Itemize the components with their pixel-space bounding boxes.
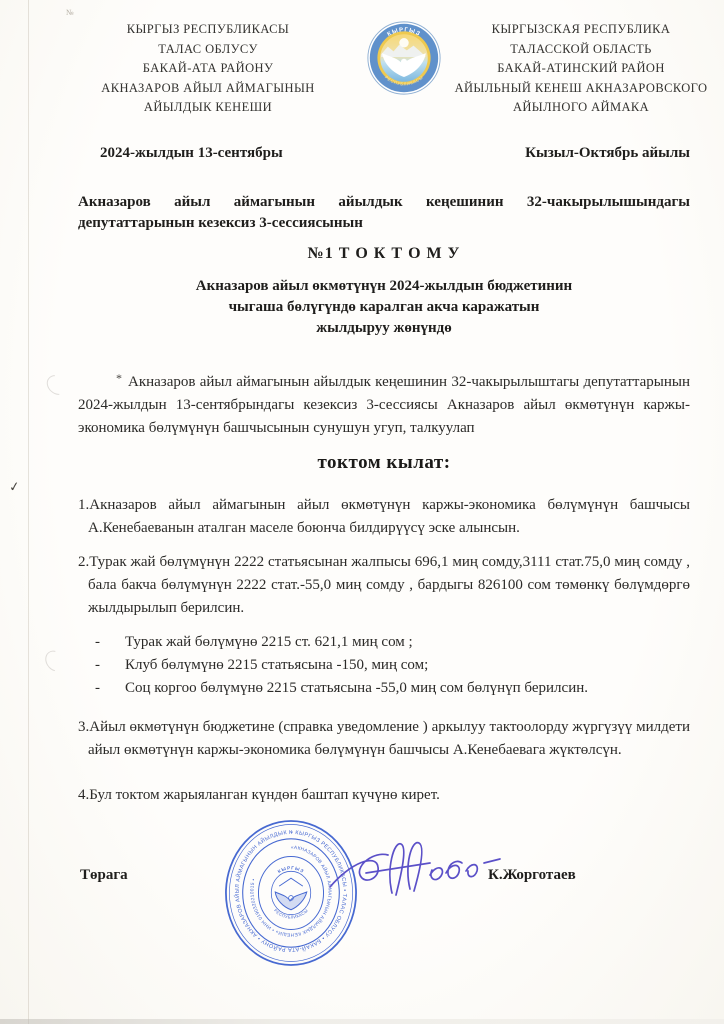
asterisk-mark: * <box>116 371 122 385</box>
resolution-heading: токтом кылат: <box>78 452 690 474</box>
session-title-line2: депутаттарынын кезексиз 3-сессиясынын <box>78 215 363 231</box>
svg-text:КЫРГЫЗ: КЫРГЫЗ <box>277 865 305 874</box>
svg-text:«АКНАЗАРОВ АЙЫЛ АЙМАГЫНЫН АЙЫЛ: «АКНАЗАРОВ АЙЫЛ АЙМАГЫНЫН АЙЫЛДЫК КЕНЕШИ… <box>249 844 334 937</box>
session-title: Акназаров айыл аймагынын айылдык кеңешин… <box>78 192 690 234</box>
dash-marker: - <box>95 677 125 700</box>
header-line: АЙЫЛНОГО АЙМАКА <box>444 98 718 118</box>
chairman-name: К.Жорготаев <box>488 867 576 884</box>
paper-crease-mark <box>41 647 68 675</box>
corner-number-mark: № <box>66 8 74 17</box>
header-line: БАКАЙ-АТИНСКИЙ РАЙОН <box>444 59 718 79</box>
dash-marker: - <box>95 631 125 654</box>
paper-crease-mark <box>43 371 71 399</box>
document-body: Акназаров айыл аймагынын айылдык кеңешин… <box>78 192 690 1024</box>
document-number-title: №1 Т О К Т О М У <box>78 245 690 263</box>
resolution-item-1: 1.Акназаров айыл аймагынын айыл өкмөтүнү… <box>78 494 690 540</box>
session-title-line1: Акназаров айыл аймагынын айылдык кеңешин… <box>78 192 690 213</box>
allocation-list-item: - Турак жай бөлүмүнө 2215 ст. 621,1 миң … <box>78 631 690 654</box>
header-line: АЙЫЛДЫК КЕНЕШИ <box>52 98 364 118</box>
stamp-inner-ring-text: «АКНАЗАРОВ АЙЫЛ АЙМАГЫНЫН АЙЫЛДЫК КЕНЕШИ… <box>249 844 334 937</box>
preamble-text: Акназаров айыл аймагынын айылдык кеңешин… <box>78 374 690 436</box>
stamp-center-top-text: КЫРГЫЗ <box>277 865 305 874</box>
document-place: Кызыл-Октябрь айылы <box>525 145 690 162</box>
header-line: ТАЛАС ОБЛУСУ <box>52 40 364 60</box>
allocation-text: Турак жай бөлүмүнө 2215 ст. 621,1 миң со… <box>125 631 413 654</box>
header-line: БАКАЙ-АТА РАЙОНУ <box>52 59 364 79</box>
document-header: КЫРГЫЗ РЕСПУБЛИКАСЫ ТАЛАС ОБЛУСУ БАКАЙ-А… <box>0 0 724 118</box>
header-line: АЙЫЛЬНЫЙ КЕНЕШ АКНАЗАРОВСКОГО <box>444 79 718 99</box>
subject-line: жылдыруу жөнүндө <box>78 318 690 339</box>
kyrgyz-republic-emblem-icon: КЫРГЫЗ РЕСПУБЛИКАСЫ <box>364 20 444 96</box>
header-kyrgyz-column: КЫРГЫЗ РЕСПУБЛИКАСЫ ТАЛАС ОБЛУСУ БАКАЙ-А… <box>52 20 364 118</box>
chairman-title: Төрага <box>80 867 128 884</box>
subject-line: Акназаров айыл өкмөтүнүн 2024-жылдын бюд… <box>78 276 690 297</box>
allocation-text: Клуб бөлүмүнө 2215 статьясына -150, миң … <box>125 654 428 677</box>
allocation-text: Соц коргоо бөлүмүнө 2215 статьясына -55,… <box>125 677 588 700</box>
dash-marker: - <box>95 654 125 677</box>
preamble-paragraph: *Акназаров айыл аймагынын айылдык кеңеши… <box>78 367 690 440</box>
resolution-item-2: 2.Турак жай бөлүмүнүн 2222 статьясынан ж… <box>78 551 690 620</box>
subject-line: чыгаша бөлүгүндө каралган акча каражатын <box>78 297 690 318</box>
allocation-list: - Турак жай бөлүмүнө 2215 ст. 621,1 миң … <box>78 631 690 700</box>
signature-block: Төрага <box>78 851 690 1024</box>
allocation-list-item: - Клуб бөлүмүнө 2215 статьясына -150, ми… <box>78 654 690 677</box>
margin-checkmark: ✓ <box>8 478 21 495</box>
scan-bottom-edge <box>0 1019 724 1024</box>
resolution-item-3: 3.Айыл өкмөтүнүн бюджетине (справка увед… <box>78 716 690 762</box>
header-russian-column: КЫРГЫЗСКАЯ РЕСПУБЛИКА ТАЛАССКОЙ ОБЛАСТЬ … <box>444 20 718 118</box>
resolution-item-4: 4.Бул токтом жарыяланган күндөн баштап к… <box>78 784 690 807</box>
header-line: КЫРГЫЗСКАЯ РЕСПУБЛИКА <box>444 20 718 40</box>
header-line: КЫРГЫЗ РЕСПУБЛИКАСЫ <box>52 20 364 40</box>
document-date: 2024-жылдын 13-сентябры <box>100 145 283 162</box>
dateline: 2024-жылдын 13-сентябры Кызыл-Октябрь ай… <box>100 145 690 162</box>
emblem-svg: КЫРГЫЗ РЕСПУБЛИКАСЫ <box>366 20 442 96</box>
header-line: АКНАЗАРОВ АЙЫЛ АЙМАГЫНЫН <box>52 79 364 99</box>
paper-crease-line <box>28 0 29 1024</box>
header-line: ТАЛАССКОЙ ОБЛАСТЬ <box>444 40 718 60</box>
document-subject: Акназаров айыл өкмөтүнүн 2024-жылдын бюд… <box>78 276 690 339</box>
scanned-document-page: № ✓ КЫРГЫЗ РЕСПУБЛИКАСЫ ТАЛАС ОБЛУСУ БАК… <box>0 0 724 1024</box>
allocation-list-item: - Соц коргоо бөлүмүнө 2215 статьясына -5… <box>78 677 690 700</box>
